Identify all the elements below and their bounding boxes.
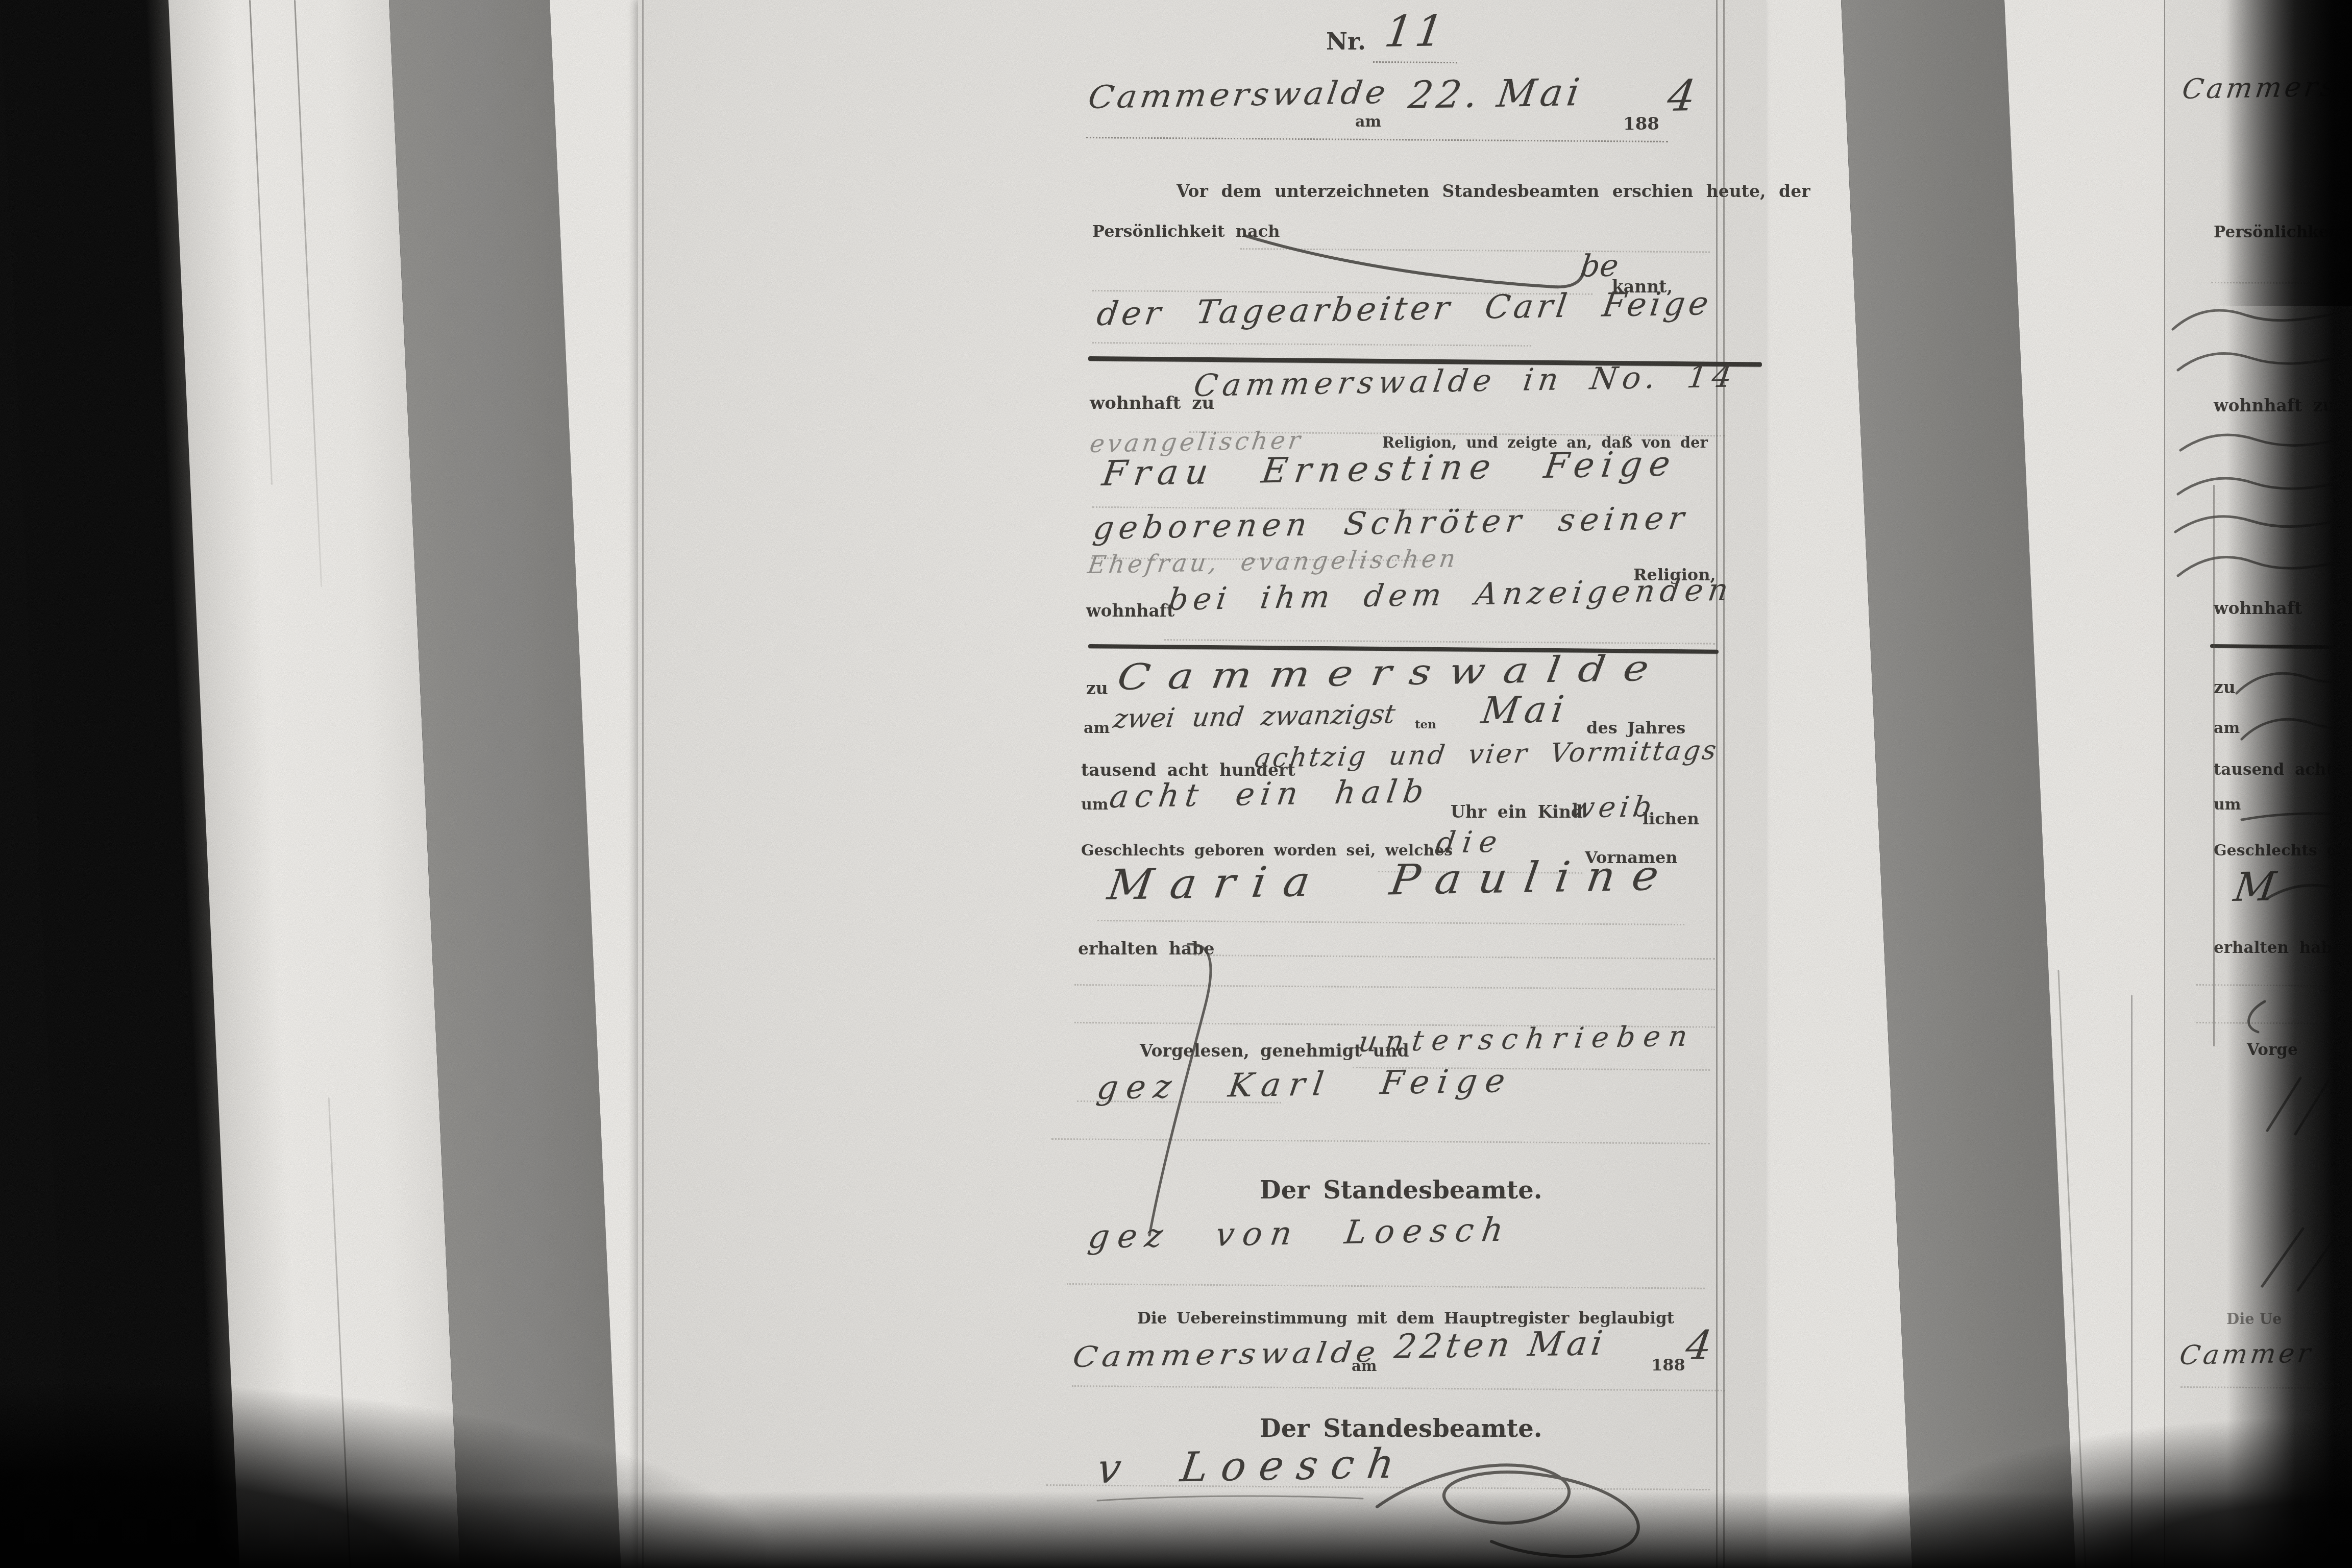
cert-year-digit: 4 bbox=[1683, 1326, 1714, 1366]
rp-persoenlichkeit-fragment: Persönlichkei bbox=[2214, 225, 2335, 240]
birth-month-entry: Mai bbox=[1479, 691, 1571, 729]
declarant-signature: gez Karl Feige bbox=[1095, 1065, 1515, 1105]
dotted-line bbox=[1373, 61, 1457, 63]
mother-birthname-entry: geborenen Schröter seiner bbox=[1091, 502, 1691, 544]
page-border-line bbox=[1716, 0, 1718, 1568]
final-signature: v Loesch bbox=[1095, 1443, 1410, 1489]
birth-day-entry: zwei und zwanzigst bbox=[1112, 701, 1397, 732]
dotted-line bbox=[2211, 282, 2349, 284]
persoenlichkeit-label: Persönlichkeit nach bbox=[1092, 223, 1280, 239]
ten-suffix: ten bbox=[1415, 719, 1436, 730]
dotted-line bbox=[2196, 1022, 2349, 1024]
cert-year-printed: 188 bbox=[1651, 1357, 1685, 1373]
rp-wohnhaft-label: wohnhaft bbox=[2214, 600, 2302, 617]
rp-vorgelesen-fragment: Vorge bbox=[2247, 1042, 2298, 1058]
record-number-label: Nr. bbox=[1326, 30, 1366, 53]
dateline-year-digit: 4 bbox=[1665, 74, 1698, 117]
birth-time-entry: acht ein halb bbox=[1108, 775, 1432, 813]
birthplace-entry: Cammerswalde bbox=[1115, 650, 1669, 695]
signature-paraph bbox=[1377, 1465, 1638, 1556]
page-crease-line bbox=[2131, 995, 2133, 1568]
record-number-value: 11 bbox=[1382, 9, 1449, 53]
dotted-line bbox=[1086, 137, 1668, 142]
am-label: am bbox=[1084, 721, 1110, 736]
mother-name-entry: Frau Ernestine Feige bbox=[1100, 447, 1679, 492]
residence-entry: Cammerswalde in No. 14 bbox=[1192, 361, 1739, 401]
intro-line: Vor dem unterzeichneten Standesbeamten e… bbox=[1177, 183, 1810, 200]
rp-wohnhaft-zu-label: wohnhaft zu bbox=[2214, 397, 2335, 414]
microfilm-photo: Nr. 11 Cammerswalde am 22. Mai 188 4 Vor… bbox=[0, 0, 2352, 1568]
declarant-entry: der Tagearbeiter Carl Feige bbox=[1095, 287, 1714, 331]
mother-ehefrau-entry: Ehefrau, evangelischen bbox=[1086, 546, 1460, 577]
birth-record-page: Nr. 11 Cammerswalde am 22. Mai 188 4 Vor… bbox=[638, 0, 1766, 1568]
um-label: um bbox=[1081, 797, 1109, 813]
dotted-line bbox=[1240, 248, 1710, 253]
dateline-year-printed: 188 bbox=[1623, 115, 1659, 133]
rp-geschlechts-fragment: Geschlechts geb bbox=[2214, 843, 2352, 859]
given-names-entry: Maria Pauline bbox=[1105, 855, 1678, 906]
des-jahres-label: des Jahres bbox=[1586, 720, 1685, 736]
dotted-line bbox=[1067, 1283, 1705, 1289]
dotted-line bbox=[2180, 1386, 2349, 1389]
dateline-am-label: am bbox=[1355, 114, 1381, 130]
dotted-line bbox=[1074, 984, 1715, 990]
dotted-line bbox=[1164, 639, 1715, 645]
section-rule bbox=[2210, 644, 2352, 649]
dotted-line bbox=[1072, 1385, 1725, 1391]
dateline-place: Cammerswalde bbox=[1086, 77, 1391, 113]
dotted-line bbox=[2196, 984, 2349, 987]
rp-tausend-fragment: tausend acht h bbox=[2214, 762, 2352, 778]
rp-zu-label: zu bbox=[2214, 679, 2236, 696]
zu-label: zu bbox=[1086, 680, 1108, 697]
signature-underline-stroke bbox=[1097, 1496, 1363, 1501]
cert-place-entry: Cammerswalde bbox=[1071, 1338, 1382, 1372]
uhr-ein-kind-label: Uhr ein Kind bbox=[1451, 803, 1583, 820]
year-words-entry: achtzig und vier Vormittags bbox=[1253, 737, 1720, 772]
dotted-line bbox=[1051, 1138, 1710, 1144]
rp-certify-fragment: Die Ue bbox=[2226, 1312, 2282, 1327]
page-crease-line bbox=[2213, 485, 2215, 1046]
rp-am-label: am bbox=[2214, 721, 2240, 736]
dotted-line bbox=[1097, 920, 1684, 925]
lichen-suffix: lichen bbox=[1643, 811, 1699, 827]
page-border-line bbox=[1723, 0, 1725, 1568]
rp-place-fragment: Cammersw bbox=[2180, 72, 2352, 103]
registrar-signature: gez von Loesch bbox=[1086, 1214, 1513, 1254]
rp-givenname-initial: M bbox=[2232, 867, 2278, 908]
wohnhaft-label: wohnhaft bbox=[1086, 602, 1174, 619]
page-left-edge-line bbox=[642, 0, 644, 1568]
dateline-date: 22. Mai bbox=[1406, 73, 1586, 114]
cert-date-entry: 22ten Mai bbox=[1392, 1327, 1608, 1364]
rp-place-fragment-2: Cammer bbox=[2178, 1340, 2315, 1369]
rp-um-label: um bbox=[2214, 797, 2241, 813]
die-entry: die bbox=[1434, 827, 1506, 857]
registrar-heading-2: Der Standesbeamte. bbox=[1260, 1416, 1542, 1441]
unterschrieben-entry: unterschrieben bbox=[1357, 1022, 1697, 1057]
identity-blank-stroke bbox=[1245, 236, 1585, 287]
registrar-heading: Der Standesbeamte. bbox=[1260, 1178, 1542, 1203]
cert-am-label: am bbox=[1352, 1359, 1377, 1374]
residence2-entry: bei ihm dem Anzeigenden bbox=[1166, 575, 1735, 615]
dotted-line bbox=[1194, 954, 1715, 960]
dotted-line bbox=[1092, 342, 1531, 347]
rp-erhalten-fragment: erhalten habe bbox=[2214, 940, 2342, 956]
adjacent-record-page: Cammersw Persönlichkei wohnhaft zu wohnh… bbox=[2164, 0, 2352, 1568]
